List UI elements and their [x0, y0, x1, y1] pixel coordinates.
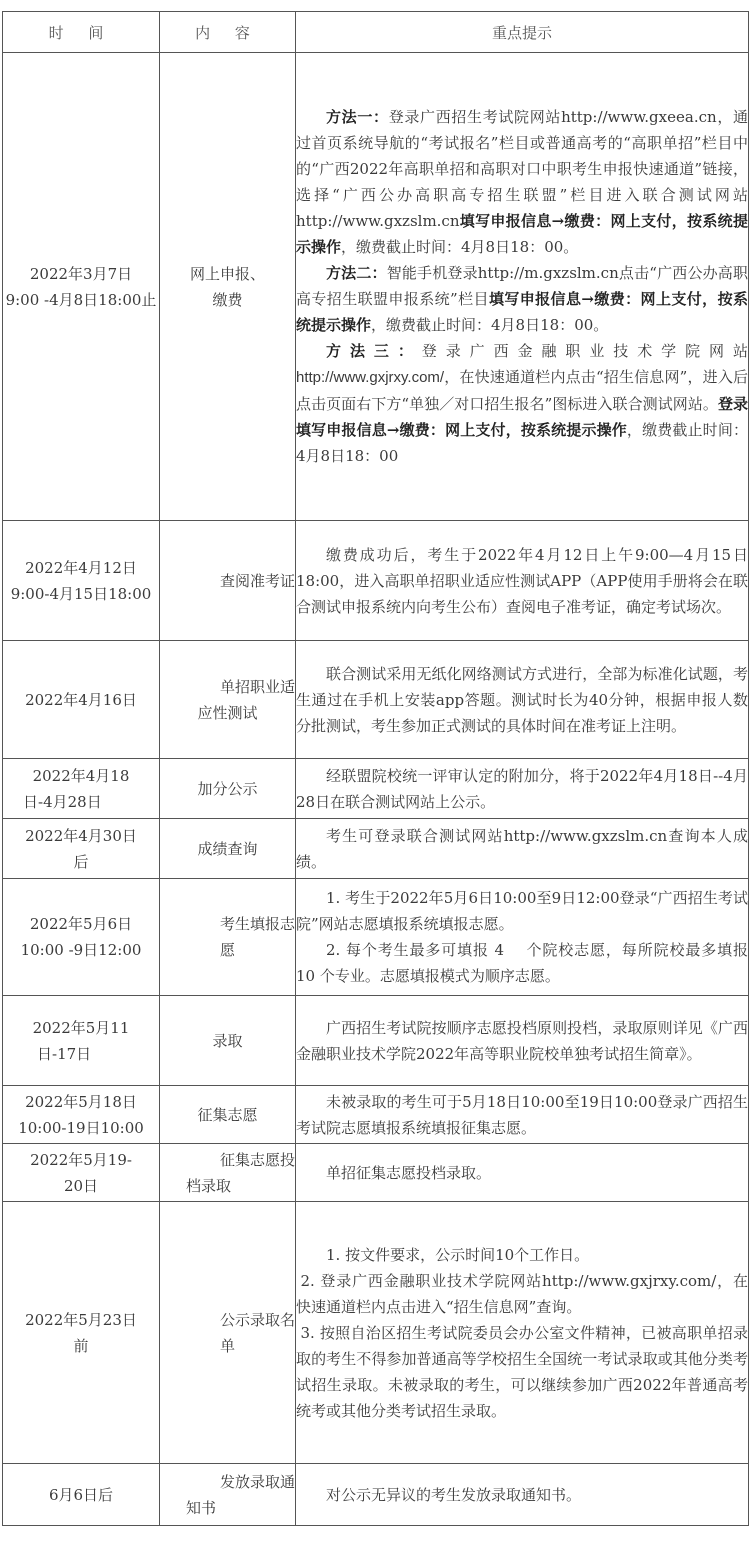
tips-list-item: 1. 考生于2022年5月6日10:00至9日12:00登录“广西招生考试院”网…	[296, 885, 748, 937]
tips-list-item: 1. 按文件要求，公示时间10个工作日。	[296, 1242, 748, 1268]
content-line: 录取	[160, 1028, 295, 1054]
tips-cell: 经联盟院校统一评审认定的附加分，将于2022年4月18日--4月28日在联合测试…	[296, 759, 749, 819]
table-row: 2022年5月19- 20日 征集志愿投 档录取 单招征集志愿投档录取。	[3, 1144, 749, 1202]
tips-text: 经联盟院校统一评审认定的附加分，将于2022年4月18日--4月28日在联合测试…	[296, 763, 748, 815]
content-cell: 征集志愿投 档录取	[160, 1144, 296, 1202]
table-header-row: 时 间 内 容 重点提示	[3, 12, 749, 53]
time-line: 10:00-19日10:00	[3, 1115, 159, 1141]
content-cell: 公示录取名 单	[160, 1202, 296, 1464]
time-line: 20日	[3, 1173, 159, 1199]
table-row: 2022年4月30日 后 成绩查询 考生可登录联合测试网站http://www.…	[3, 819, 749, 879]
method-label: 方法一：	[326, 108, 389, 126]
content-line: 查阅准考证	[160, 568, 295, 594]
time-cell: 2022年4月16日	[3, 641, 160, 759]
time-line: 6月6日后	[3, 1482, 159, 1508]
content-cell: 加分公示	[160, 759, 296, 819]
time-line: 后	[3, 849, 159, 875]
table-row: 2022年3月7日 9:00 -4月8日18:00止 网上申报、 缴费 方法一：…	[3, 53, 749, 521]
tips-text: 联合测试采用无纸化网络测试方式进行，全部为标准化试题，考生通过在手机上安装app…	[296, 661, 748, 739]
admission-schedule-table: 时 间 内 容 重点提示 2022年3月7日 9:00 -4月8日18:00止 …	[2, 11, 749, 1526]
time-cell: 2022年5月19- 20日	[3, 1144, 160, 1202]
time-cell: 2022年5月6日 10:00 -9日12:00	[3, 879, 160, 996]
method-label: 方法二：	[326, 264, 387, 282]
tips-list-item: 2. 登录广西金融职业技术学院网站http://www.gxjrxy.com/，…	[296, 1268, 748, 1320]
content-line: 档录取	[160, 1173, 295, 1199]
time-line: 9:00-4月15日18:00	[3, 581, 159, 607]
header-content: 内 容	[160, 12, 296, 53]
table-row: 2022年4月18 日-4月28日 加分公示 经联盟院校统一评审认定的附加分，将…	[3, 759, 749, 819]
content-cell: 网上申报、 缴费	[160, 53, 296, 521]
time-line: 2022年3月7日	[3, 261, 159, 287]
content-line: 缴费	[160, 287, 295, 313]
content-line: 愿	[160, 937, 295, 963]
time-line: 2022年4月18	[3, 763, 159, 789]
content-line: 网上申报、	[160, 261, 295, 287]
table-row: 2022年5月11 日-17日 录取 广西招生考试院按顺序志愿投档原则投档，录取…	[3, 996, 749, 1086]
method-one: 方法一：登录广西招生考试院网站http://www.gxeea.cn，通过首页系…	[296, 104, 748, 260]
time-cell: 2022年5月11 日-17日	[3, 996, 160, 1086]
content-cell: 发放录取通 知书	[160, 1464, 296, 1526]
content-cell: 征集志愿	[160, 1086, 296, 1144]
content-line: 发放录取通	[160, 1469, 295, 1495]
tips-cell: 单招征集志愿投档录取。	[296, 1144, 749, 1202]
time-cell: 2022年4月18 日-4月28日	[3, 759, 160, 819]
time-line: 2022年5月11	[3, 1015, 159, 1041]
content-line: 征集志愿投	[160, 1147, 295, 1173]
table-row: 6月6日后 发放录取通 知书 对公示无异议的考生发放录取通知书。	[3, 1464, 749, 1526]
content-line: 征集志愿	[160, 1102, 295, 1128]
tips-cell: 对公示无异议的考生发放录取通知书。	[296, 1464, 749, 1526]
tips-list-item: 3. 按照自治区招生考试院委员会办公室文件精神，已被高职单招录取的考生不得参加普…	[296, 1320, 748, 1424]
content-cell: 查阅准考证	[160, 521, 296, 641]
tips-list-item: 2. 每个考生最多可填报 4 个院校志愿，每所院校最多填报 10 个专业。志愿填…	[296, 937, 748, 989]
college-url: http://www.gxjrxy.com/	[296, 369, 444, 386]
content-line: 加分公示	[160, 776, 295, 802]
method-two: 方法二：智能手机登录http://m.gxzslm.cn点击“广西公办高职高专招…	[296, 260, 748, 338]
tips-cell: 未被录取的考生可于5月18日10:00至19日10:00登录广西招生考试院志愿填…	[296, 1086, 749, 1144]
tips-cell: 1. 按文件要求，公示时间10个工作日。 2. 登录广西金融职业技术学院网站ht…	[296, 1202, 749, 1464]
time-line: 2022年5月23日	[3, 1307, 159, 1333]
time-cell: 2022年4月12日 9:00-4月15日18:00	[3, 521, 160, 641]
table-row: 2022年5月6日 10:00 -9日12:00 考生填报志 愿 1. 考生于2…	[3, 879, 749, 996]
time-cell: 2022年3月7日 9:00 -4月8日18:00止	[3, 53, 160, 521]
time-line: 9:00 -4月8日18:00止	[3, 287, 159, 313]
time-line: 前	[3, 1333, 159, 1359]
table-row: 2022年4月12日 9:00-4月15日18:00 查阅准考证 缴费成功后，考…	[3, 521, 749, 641]
content-cell: 单招职业适 应性测试	[160, 641, 296, 759]
content-line: 应性测试	[160, 700, 295, 726]
table-row: 2022年5月18日 10:00-19日10:00 征集志愿 未被录取的考生可于…	[3, 1086, 749, 1144]
tips-text: 考生可登录联合测试网站http://www.gxzslm.cn查询本人成绩。	[296, 823, 748, 875]
content-line: 单	[160, 1333, 295, 1359]
tips-text: 对公示无异议的考生发放录取通知书。	[296, 1482, 748, 1508]
method-text: ，缴费截止时间：4月8日18：00。	[341, 238, 578, 256]
time-cell: 2022年5月23日 前	[3, 1202, 160, 1464]
method-text: 登录广西金融职业技术学院网站	[422, 342, 748, 360]
tips-cell: 缴费成功后，考生于2022年4月12日上午9:00—4月15日18:00，进入高…	[296, 521, 749, 641]
time-line: 日-17日	[3, 1041, 159, 1067]
method-three: 方法三：登录广西金融职业技术学院网站http://www.gxjrxy.com/…	[296, 338, 748, 469]
content-cell: 成绩查询	[160, 819, 296, 879]
time-line: 2022年4月12日	[3, 555, 159, 581]
time-cell: 2022年4月30日 后	[3, 819, 160, 879]
time-line: 日-4月28日	[3, 789, 159, 815]
time-line: 2022年4月16日	[3, 687, 159, 713]
tips-text: 未被录取的考生可于5月18日10:00至19日10:00登录广西招生考试院志愿填…	[296, 1089, 748, 1141]
content-line: 公示录取名	[160, 1307, 295, 1333]
time-cell: 6月6日后	[3, 1464, 160, 1526]
time-cell: 2022年5月18日 10:00-19日10:00	[3, 1086, 160, 1144]
time-line: 2022年5月6日	[3, 911, 159, 937]
method-label: 方法三：	[326, 342, 422, 360]
content-line: 成绩查询	[160, 836, 295, 862]
tips-text: 单招征集志愿投档录取。	[296, 1160, 748, 1186]
header-time: 时 间	[3, 12, 160, 53]
method-text: ，缴费截止时间：4月8日18：00。	[371, 316, 608, 334]
time-line: 2022年5月18日	[3, 1089, 159, 1115]
header-tips: 重点提示	[296, 12, 749, 53]
content-line: 知书	[160, 1495, 295, 1521]
time-line: 10:00 -9日12:00	[3, 937, 159, 963]
time-line: 2022年4月30日	[3, 823, 159, 849]
tips-cell: 方法一：登录广西招生考试院网站http://www.gxeea.cn，通过首页系…	[296, 53, 749, 521]
tips-cell: 1. 考生于2022年5月6日10:00至9日12:00登录“广西招生考试院”网…	[296, 879, 749, 996]
content-line: 单招职业适	[160, 674, 295, 700]
tips-text: 广西招生考试院按顺序志愿投档原则投档，录取原则详见《广西金融职业技术学院2022…	[296, 1015, 748, 1067]
tips-cell: 广西招生考试院按顺序志愿投档原则投档，录取原则详见《广西金融职业技术学院2022…	[296, 996, 749, 1086]
tips-cell: 联合测试采用无纸化网络测试方式进行，全部为标准化试题，考生通过在手机上安装app…	[296, 641, 749, 759]
content-cell: 录取	[160, 996, 296, 1086]
table-row: 2022年4月16日 单招职业适 应性测试 联合测试采用无纸化网络测试方式进行，…	[3, 641, 749, 759]
table-row: 2022年5月23日 前 公示录取名 单 1. 按文件要求，公示时间10个工作日…	[3, 1202, 749, 1464]
content-cell: 考生填报志 愿	[160, 879, 296, 996]
tips-cell: 考生可登录联合测试网站http://www.gxzslm.cn查询本人成绩。	[296, 819, 749, 879]
tips-text: 缴费成功后，考生于2022年4月12日上午9:00—4月15日18:00，进入高…	[296, 542, 748, 620]
time-line: 2022年5月19-	[3, 1147, 159, 1173]
content-line: 考生填报志	[160, 911, 295, 937]
